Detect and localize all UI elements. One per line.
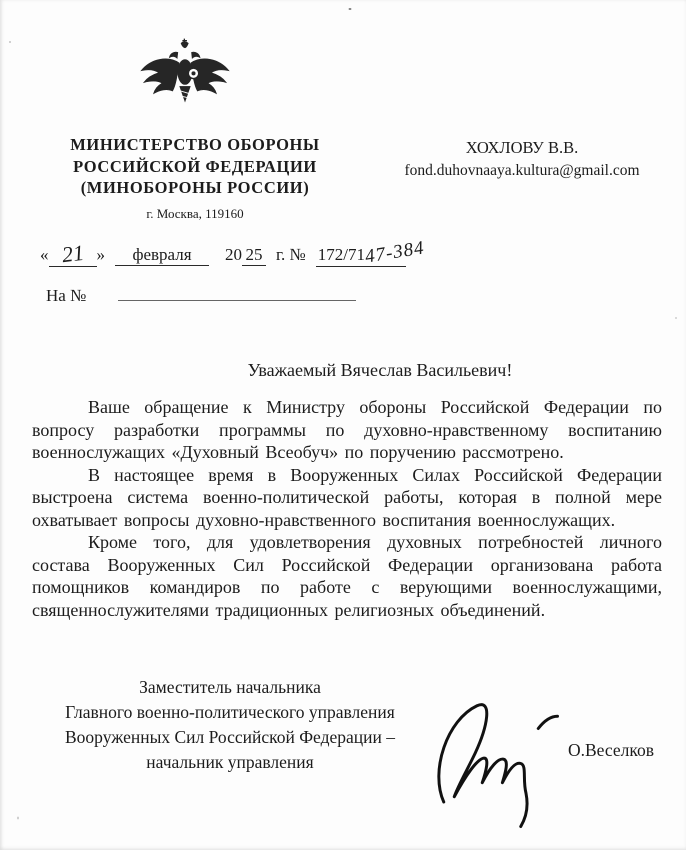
signer-title-line4: начальник управления [28,750,432,775]
signer-title-block: Заместитель начальника Главного военно-п… [28,675,432,775]
letterhead-org-block: МИНИСТЕРСТВО ОБОРОНЫ РОССИЙСКОЙ ФЕДЕРАЦИ… [28,134,362,199]
year-suffix: г. № [276,245,306,264]
letterhead-city-line: г. Москва, 119160 [28,206,362,222]
quote-close: » [97,245,106,264]
org-name-line2: РОССИЙСКОЙ ФЕДЕРАЦИИ [28,156,362,178]
reference-line: На № [46,283,356,306]
signer-name: О.Веселков [568,740,654,761]
reference-label: На № [46,286,86,305]
reference-number-blank [118,283,356,301]
year-slot: 25 [242,245,266,266]
org-name-line1: МИНИСТЕРСТВО ОБОРОНЫ [28,134,362,156]
signer-title-line1: Заместитель начальника [28,675,432,700]
org-name-line3: (МИНОБОРОНЫ РОССИИ) [28,177,362,199]
month-slot: февраля [115,245,209,266]
handwritten-day: 21 [60,240,85,268]
quote-open: « [40,245,49,264]
recipient-email: fond.duhovnaaya.kultura@gmail.com [372,159,672,182]
outgoing-number-handwritten: 47-384 [364,237,427,268]
recipient-name: ХОХЛОВУ В.В. [372,136,672,159]
body-paragraph: Кроме того, для удовлетворения духовных … [32,531,662,621]
body-paragraph: В настоящее время в Вооруженных Силах Ро… [32,464,662,532]
outgoing-number-printed: 172/71 [318,245,365,264]
year-prefix: 20 [225,245,242,264]
double-headed-eagle-emblem-icon [138,38,232,110]
date-number-line: «21»февраля2025г. №172/7147-384 [40,240,460,267]
letter-body: Ваше обращение к Министру обороны Россий… [32,396,662,621]
signer-title-line2: Главного военно-политического управления [28,700,432,725]
recipient-block: ХОХЛОВУ В.В. fond.duhovnaaya.kultura@gma… [372,136,672,182]
outgoing-number-slot: 172/7147-384 [316,244,406,267]
body-paragraph: Ваше обращение к Министру обороны Россий… [32,396,662,464]
scanned-letter-page: МИНИСТЕРСТВО ОБОРОНЫ РОССИЙСКОЙ ФЕДЕРАЦИ… [0,0,686,850]
signer-title-line3: Вооруженных Сил Российской Федерации – [28,725,432,750]
salutation: Уважаемый Вячеслав Васильевич! [90,360,670,381]
day-blank: 21 [49,240,97,267]
handwritten-signature-icon [428,690,568,830]
